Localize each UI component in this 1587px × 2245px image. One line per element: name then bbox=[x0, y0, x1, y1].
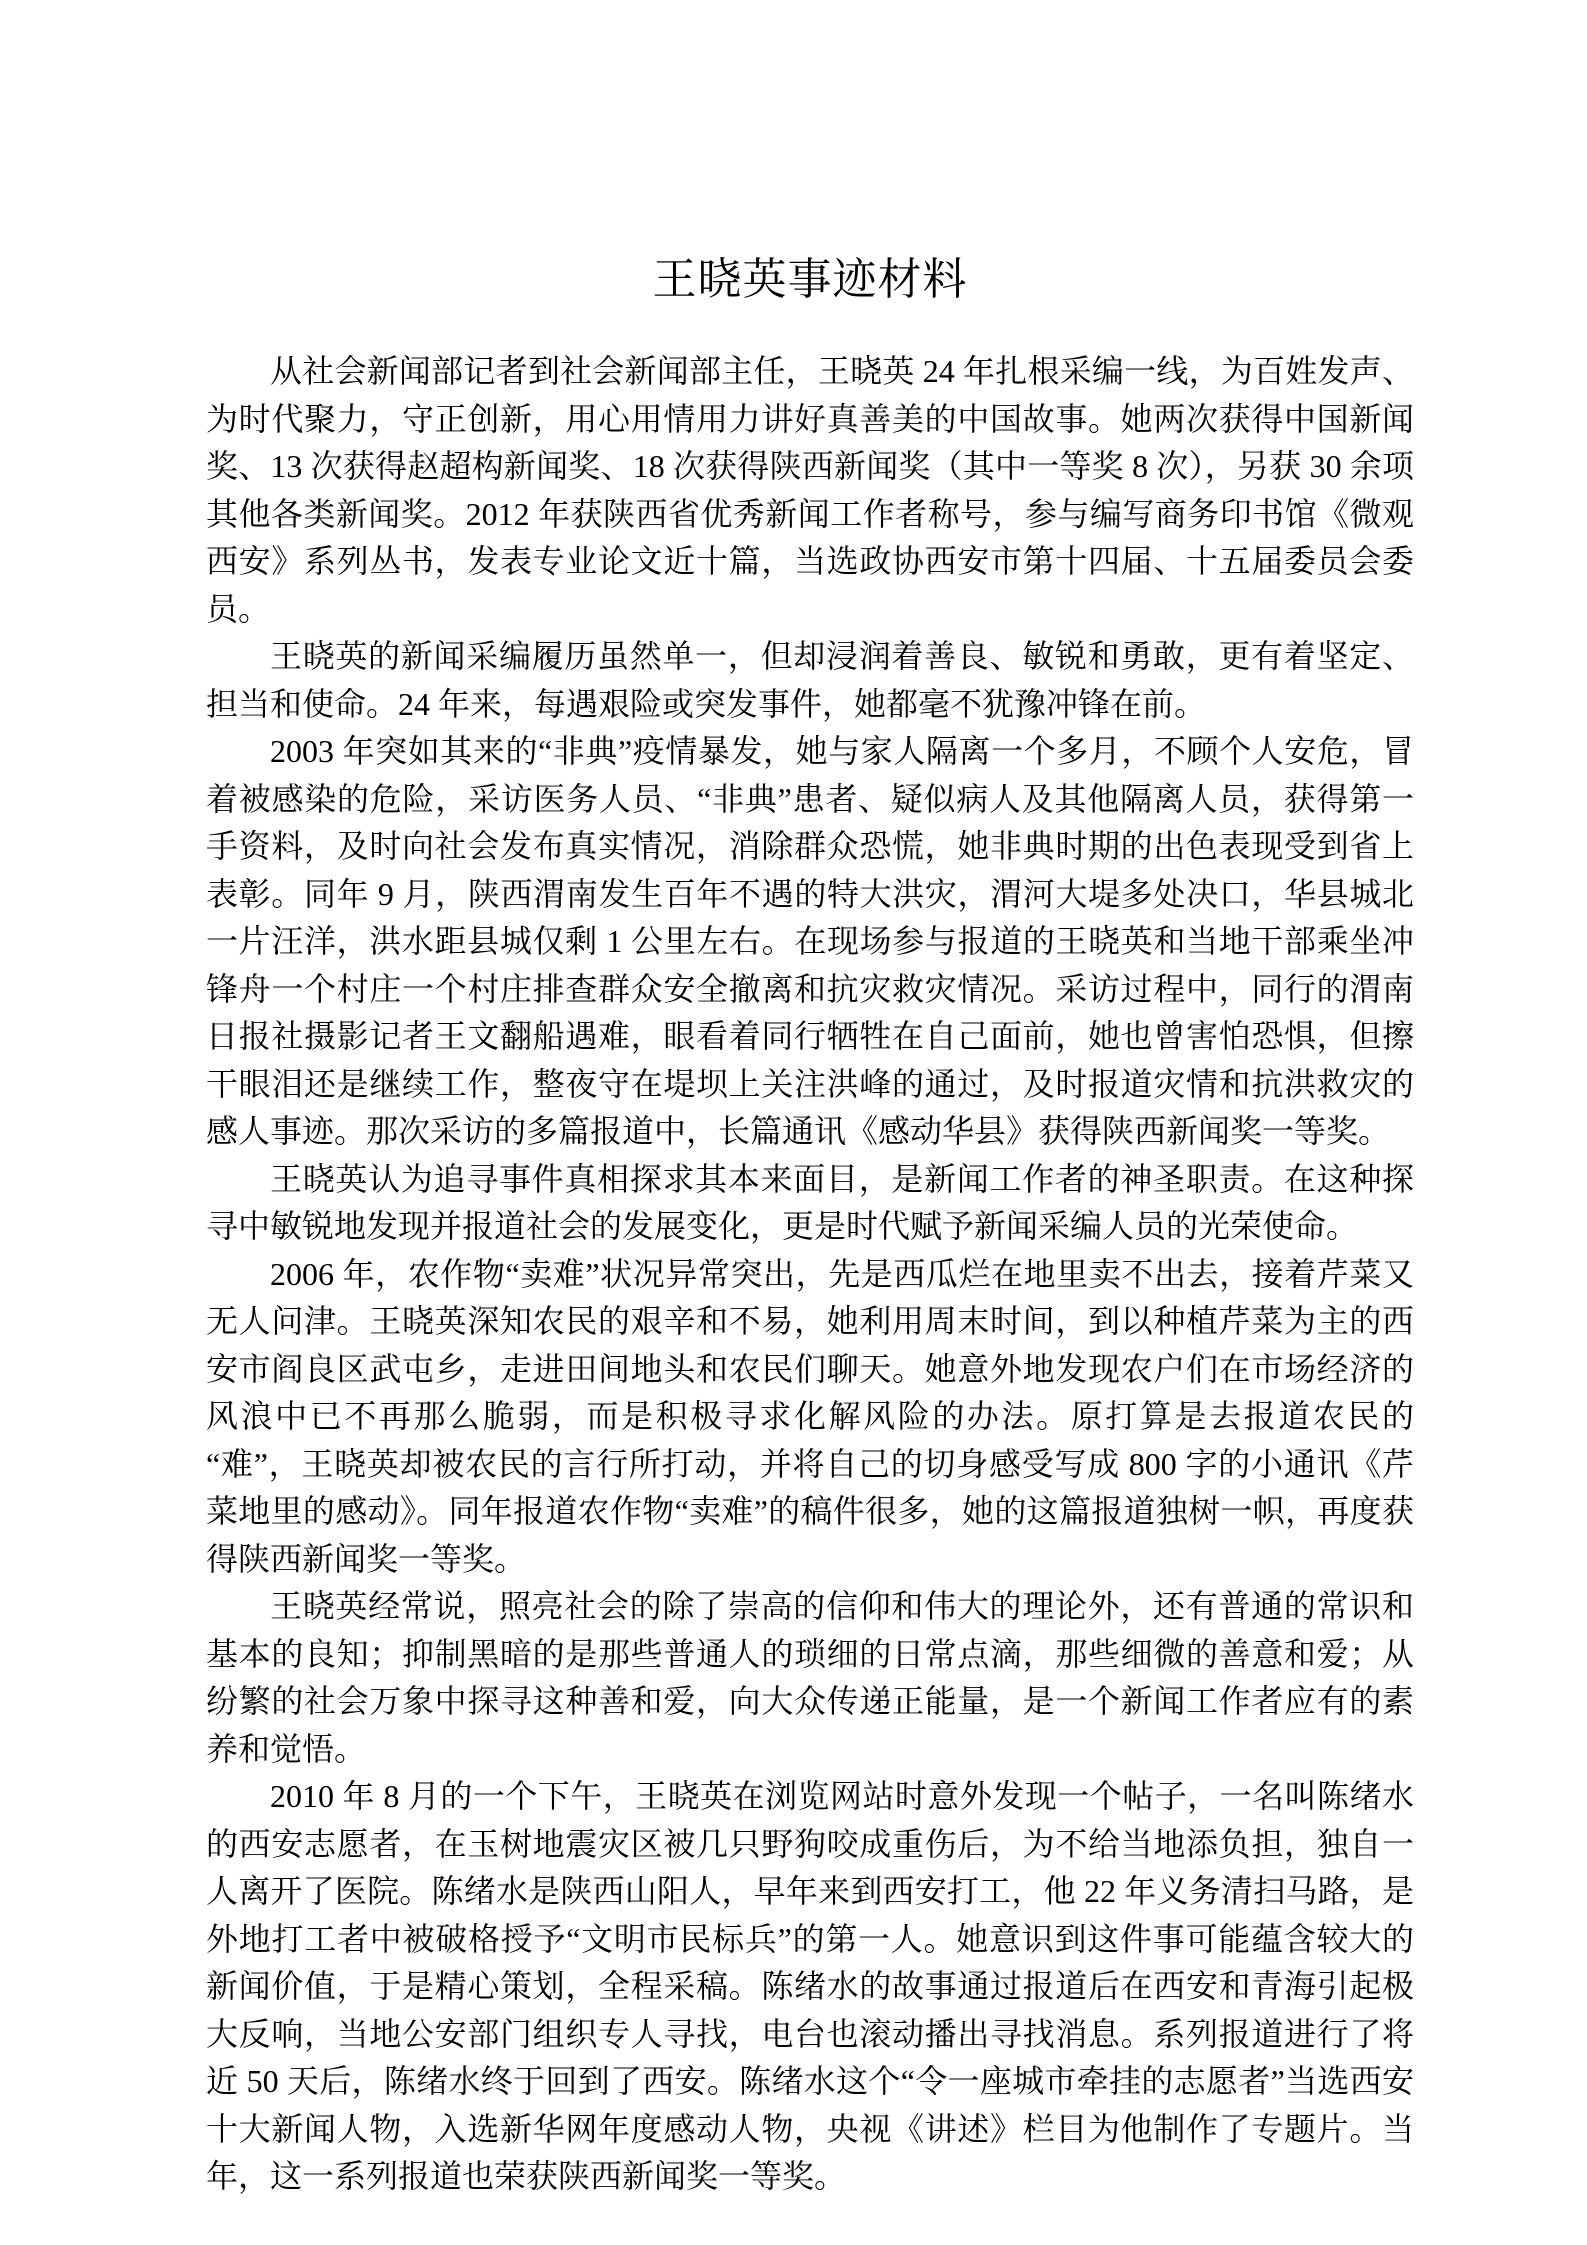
document-page: 王晓英事迹材料 从社会新闻部记者到社会新闻部主任，王晓英 24 年扎根采编一线，… bbox=[0, 0, 1587, 2245]
paragraph-career: 王晓英的新闻采编履历虽然单一，但却浸润着善良、敏锐和勇敢，更有着坚定、担当和使命… bbox=[206, 633, 1414, 728]
paragraph-truth-seeking: 王晓英认为追寻事件真相探求其本来面目，是新闻工作者的神圣职责。在这种探寻中敏锐地… bbox=[206, 1156, 1414, 1251]
paragraph-philosophy: 王晓英经常说，照亮社会的除了崇高的信仰和伟大的理论外，还有普通的常识和基本的良知… bbox=[206, 1583, 1414, 1773]
paragraph-2003-sars-flood: 2003 年突如其来的“非典”疫情暴发，她与家人隔离一个多月，不顾个人安危，冒着… bbox=[206, 728, 1414, 1156]
paragraph-intro: 从社会新闻部记者到社会新闻部主任，王晓英 24 年扎根采编一线，为百姓发声、为时… bbox=[206, 348, 1414, 633]
paragraph-2010-volunteer: 2010 年 8 月的一个下午，王晓英在浏览网站时意外发现一个帖子，一名叫陈绪水… bbox=[206, 1773, 1414, 2201]
document-title: 王晓英事迹材料 bbox=[206, 252, 1414, 308]
paragraph-2006-farmers: 2006 年，农作物“卖难”状况异常突出，先是西瓜烂在地里卖不出去，接着芹菜又无… bbox=[206, 1251, 1414, 1584]
